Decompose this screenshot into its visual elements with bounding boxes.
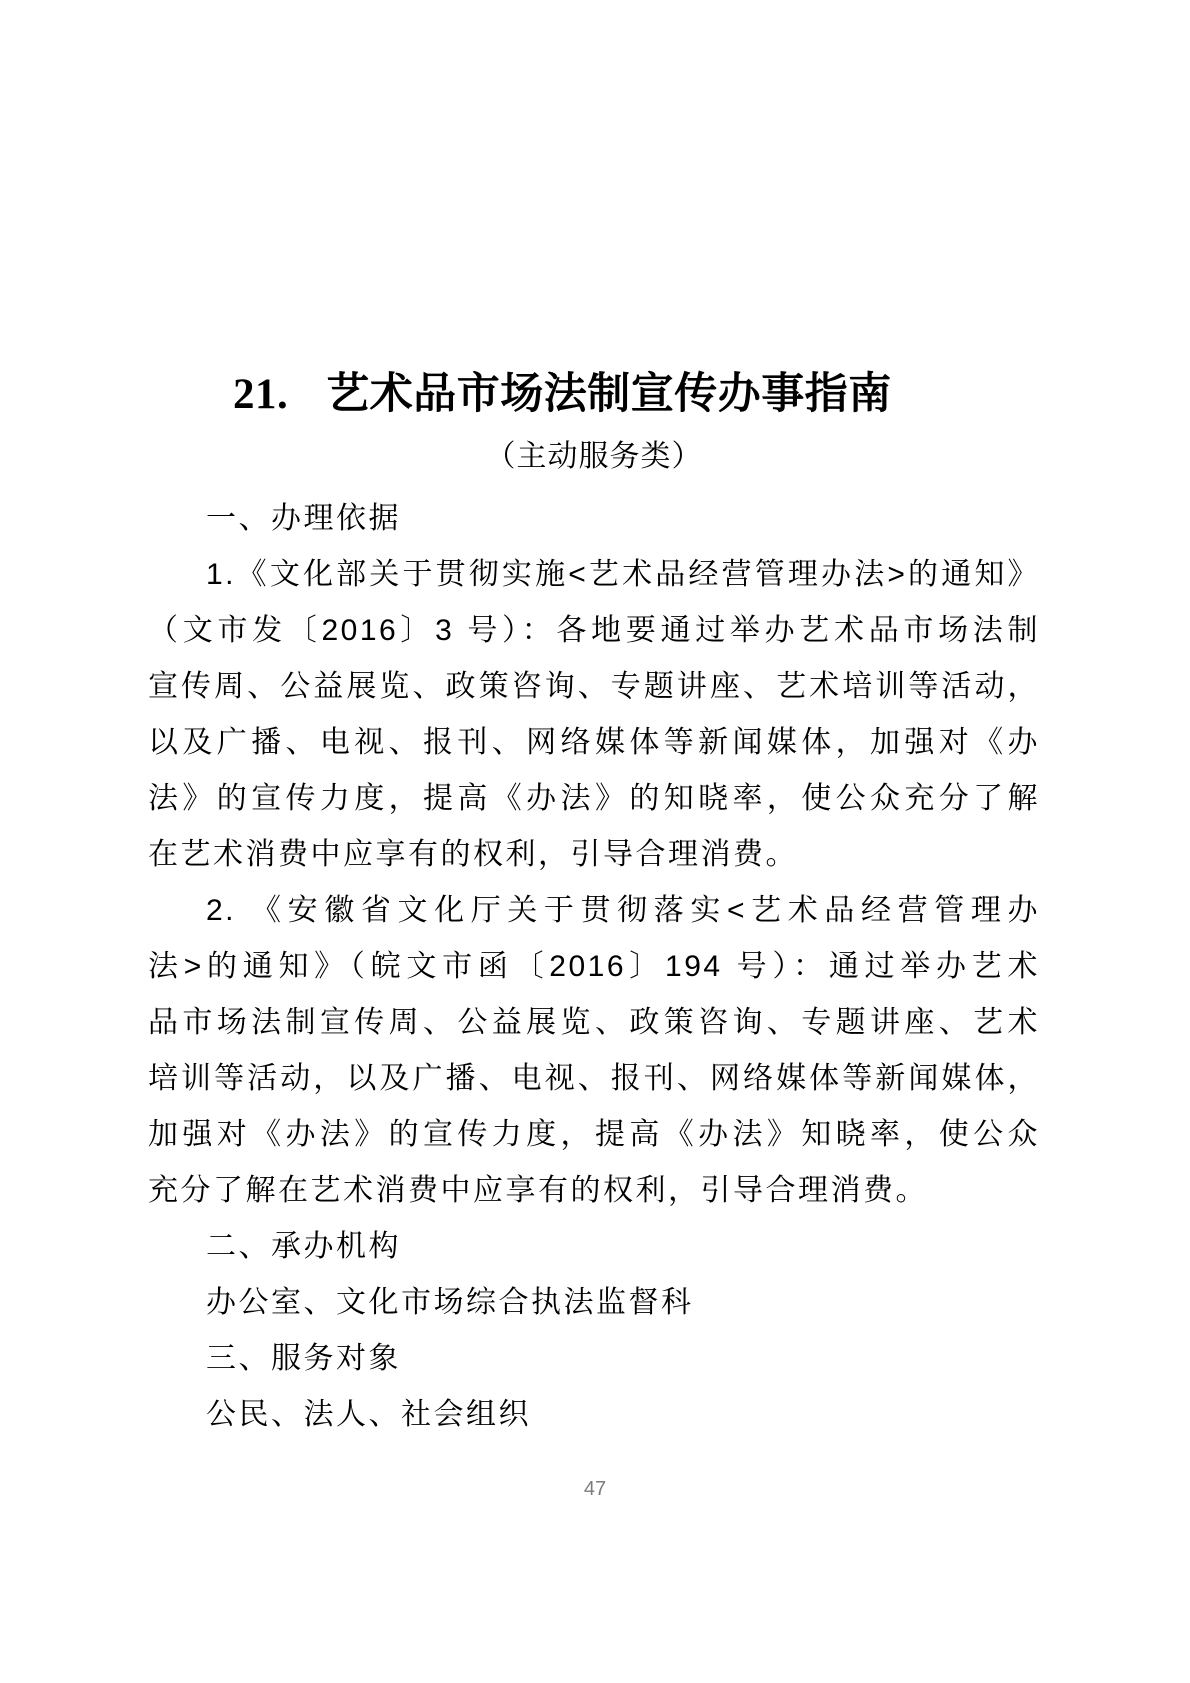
body-text: 一、办理依据 1.《文化部关于贯彻实施<艺术品经营管理办法>的通知》 （文市发〔… — [148, 491, 1040, 1443]
body-line-10: 品市场法制宣传周、公益展览、政策咨询、专题讲座、艺术 — [148, 995, 1040, 1051]
body-line-1: 一、办理依据 — [148, 491, 1040, 547]
title-number: 21. — [233, 371, 288, 418]
body-line-12: 加强对《办法》的宣传力度，提高《办法》知晓率，使公众 — [148, 1107, 1040, 1163]
document-page: 21.艺术品市场法制宣传办事指南 （主动服务类） 一、办理依据 1.《文化部关于… — [0, 0, 1190, 1683]
body-line-9: 法>的通知》（皖文市函〔2016〕194 号）：通过举办艺术 — [148, 939, 1040, 995]
body-line-7: 在艺术消费中应享有的权利，引导合理消费。 — [148, 827, 1040, 883]
body-line-14: 二、承办机构 — [148, 1219, 1040, 1275]
body-line-13: 充分了解在艺术消费中应享有的权利，引导合理消费。 — [148, 1163, 1040, 1219]
body-line-16: 三、服务对象 — [148, 1331, 1040, 1387]
body-line-17: 公民、法人、社会组织 — [148, 1387, 1040, 1443]
page-title: 21.艺术品市场法制宣传办事指南 — [233, 372, 892, 418]
body-line-5: 以及广播、电视、报刊、网络媒体等新闻媒体，加强对《办 — [148, 715, 1040, 771]
body-line-3: （文市发〔2016〕3 号）：各地要通过举办艺术品市场法制 — [148, 603, 1040, 659]
title-text: 艺术品市场法制宣传办事指南 — [326, 371, 892, 418]
page-subtitle: （主动服务类） — [148, 440, 1040, 474]
body-line-6: 法》的宣传力度，提高《办法》的知晓率，使公众充分了解 — [148, 771, 1040, 827]
page-number: 47 — [0, 1478, 1190, 1501]
body-line-2: 1.《文化部关于贯彻实施<艺术品经营管理办法>的通知》 — [148, 547, 1040, 603]
body-line-15: 办公室、文化市场综合执法监督科 — [148, 1275, 1040, 1331]
body-line-11: 培训等活动，以及广播、电视、报刊、网络媒体等新闻媒体， — [148, 1051, 1040, 1107]
body-line-8: 2. 《安徽省文化厅关于贯彻落实<艺术品经营管理办 — [148, 883, 1040, 939]
body-line-4: 宣传周、公益展览、政策咨询、专题讲座、艺术培训等活动， — [148, 659, 1040, 715]
